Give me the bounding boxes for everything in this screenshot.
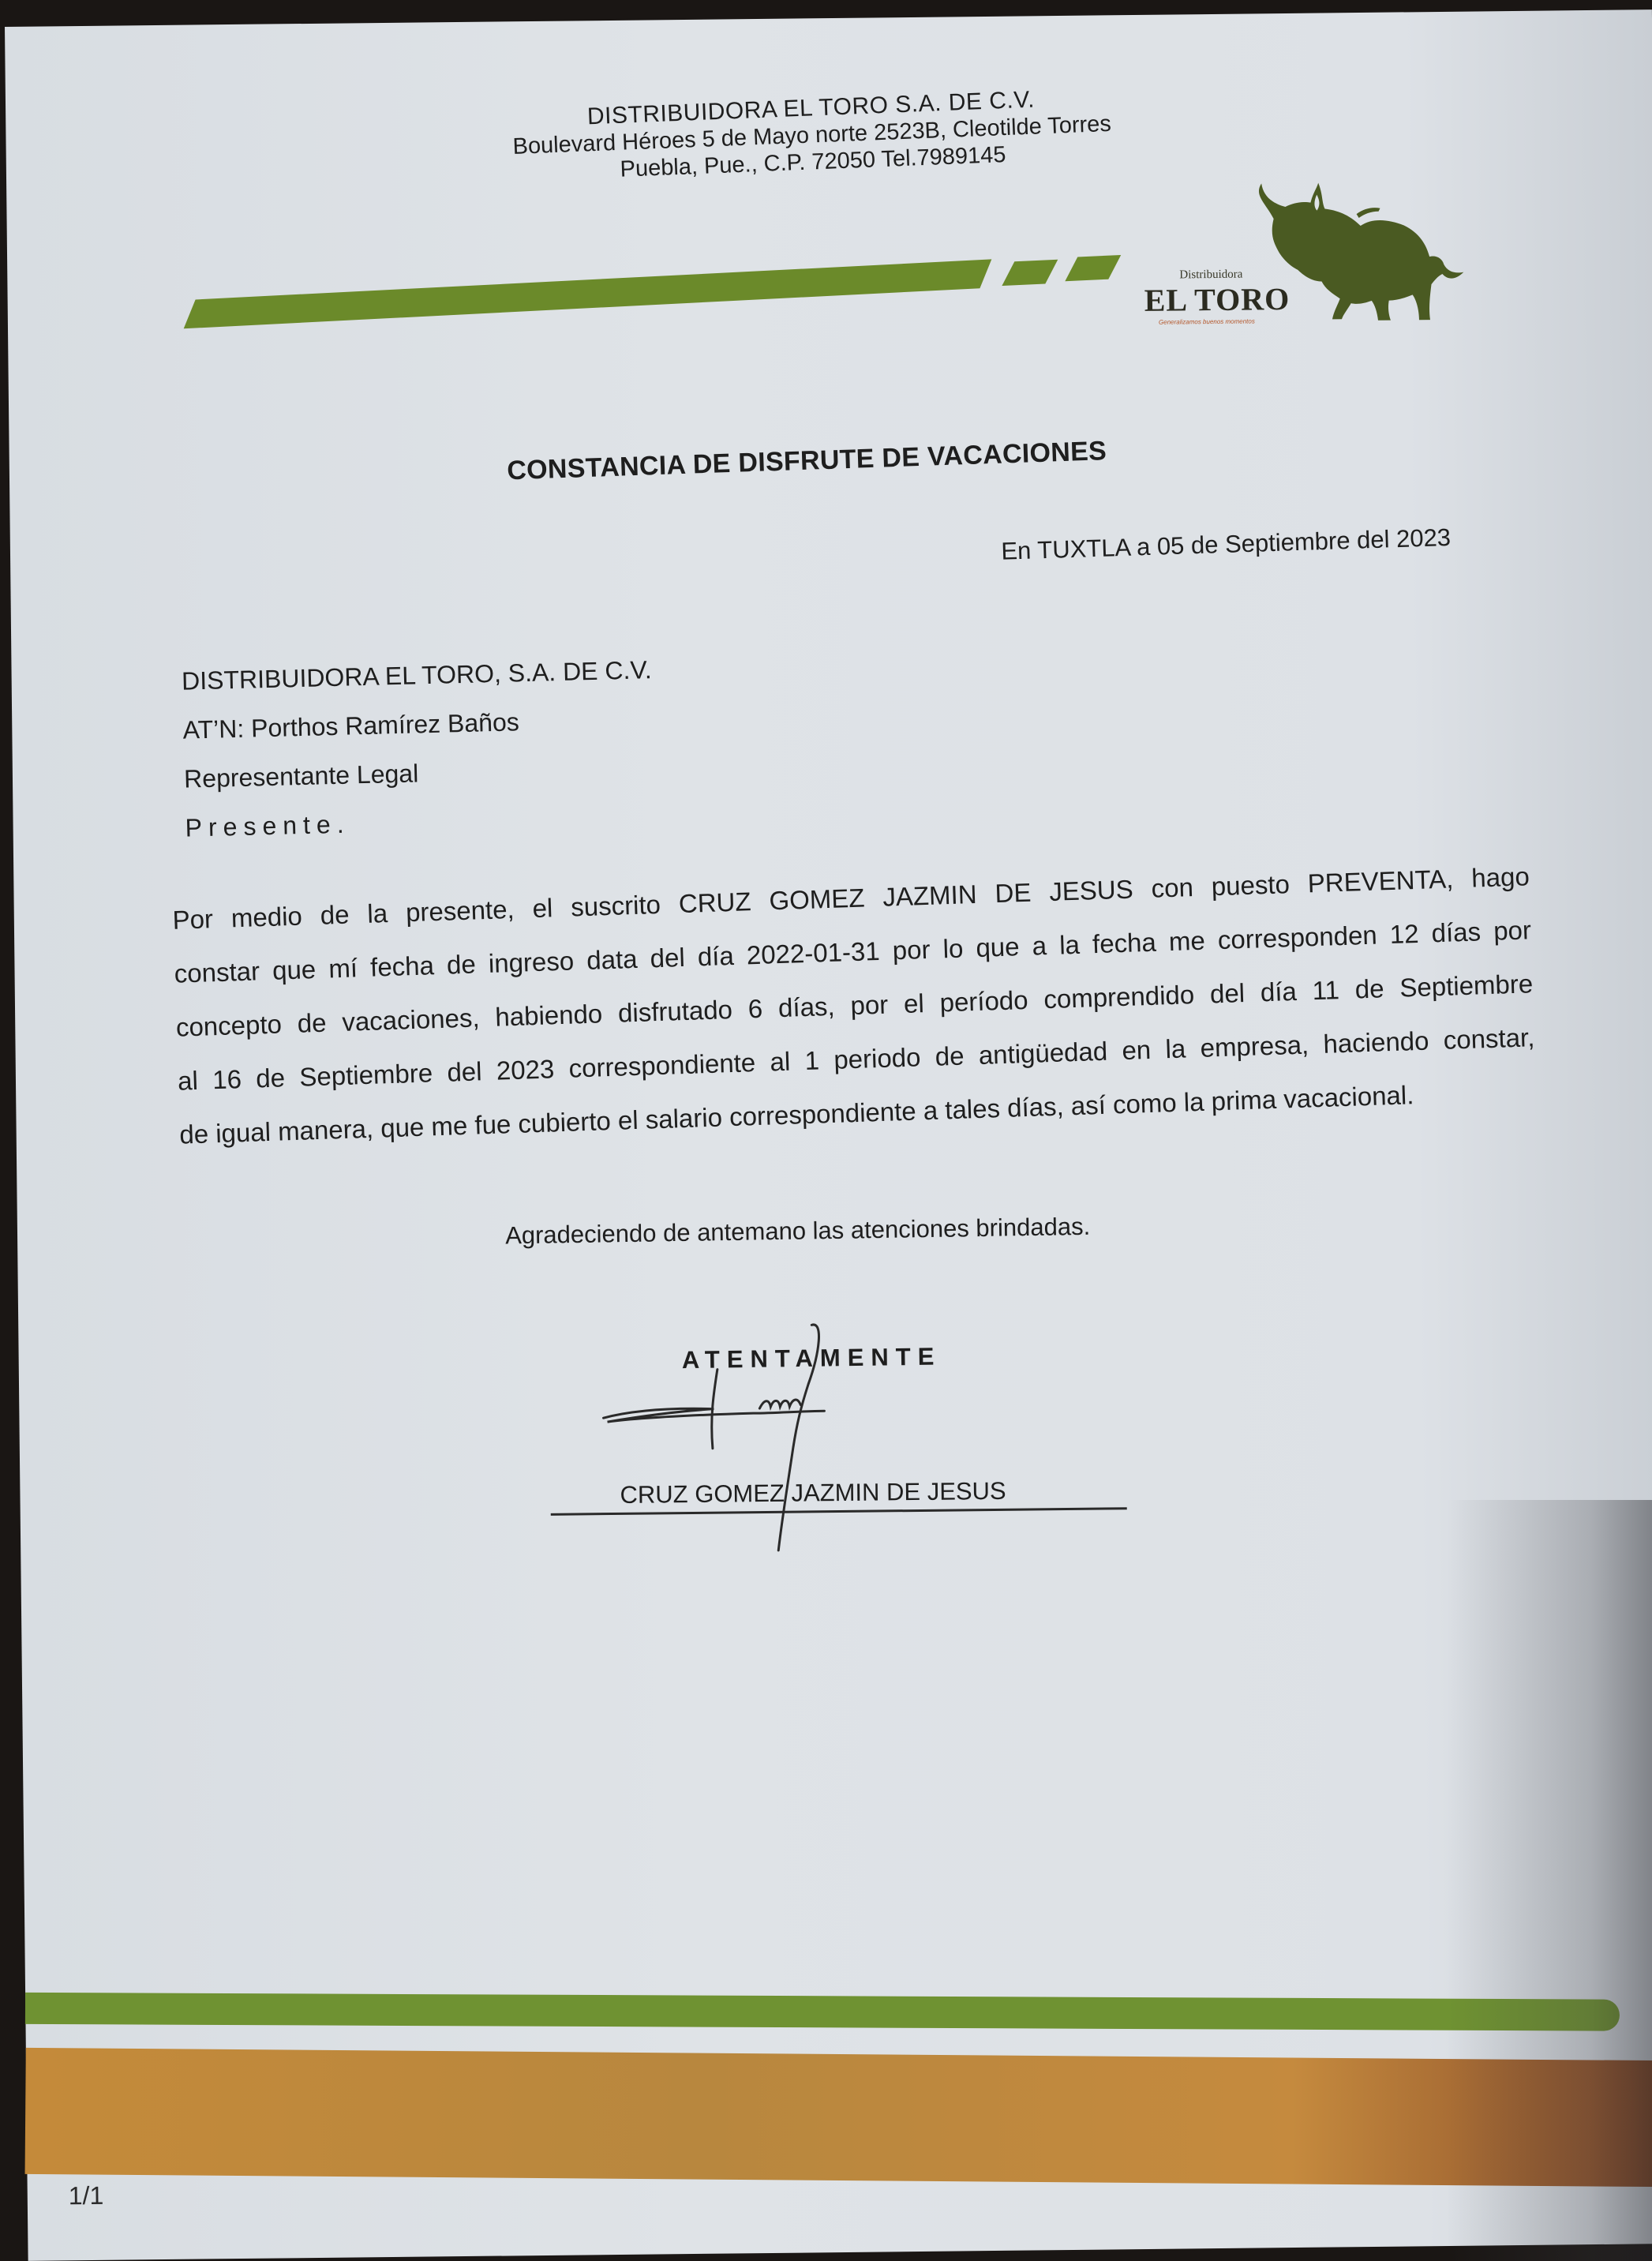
place-date: En TUXTLA a 05 de Septiembre del 2023 bbox=[1001, 523, 1452, 566]
company-logo: Distribuidora EL TORO Generalizamos buen… bbox=[1135, 170, 1468, 331]
closing-thanks: Agradeciendo de antemano las atenciones … bbox=[505, 1213, 1091, 1250]
addressee-block: DISTRIBUIDORA EL TORO, S.A. DE C.V. AT’N… bbox=[181, 645, 656, 852]
document-page: DISTRIBUIDORA EL TORO S.A. DE C.V. Boule… bbox=[5, 9, 1652, 2261]
signer-name: CRUZ GOMEZ JAZMIN DE JESUS bbox=[620, 1477, 1006, 1509]
footer-orange-band bbox=[25, 2048, 1652, 2188]
document-title: CONSTANCIA DE DISFRUTE DE VACACIONES bbox=[507, 436, 1107, 486]
handwritten-signature bbox=[571, 1312, 936, 1569]
header-green-dash bbox=[1065, 255, 1121, 281]
logo-main-text: EL TORO bbox=[1144, 280, 1290, 319]
addressee-greeting: Presente. bbox=[185, 792, 656, 853]
page-number: 1/1 bbox=[69, 2181, 104, 2210]
footer-green-stripe bbox=[25, 1993, 1620, 2031]
letterhead: DISTRIBUIDORA EL TORO S.A. DE C.V. Boule… bbox=[448, 81, 1176, 189]
header-green-dash bbox=[1002, 260, 1058, 286]
header-green-stripe bbox=[184, 259, 992, 328]
body-paragraph: Por medio de la presente, el suscrito CR… bbox=[172, 849, 1538, 1161]
logo-tagline: Generalizamos buenos momentos bbox=[1159, 317, 1255, 325]
